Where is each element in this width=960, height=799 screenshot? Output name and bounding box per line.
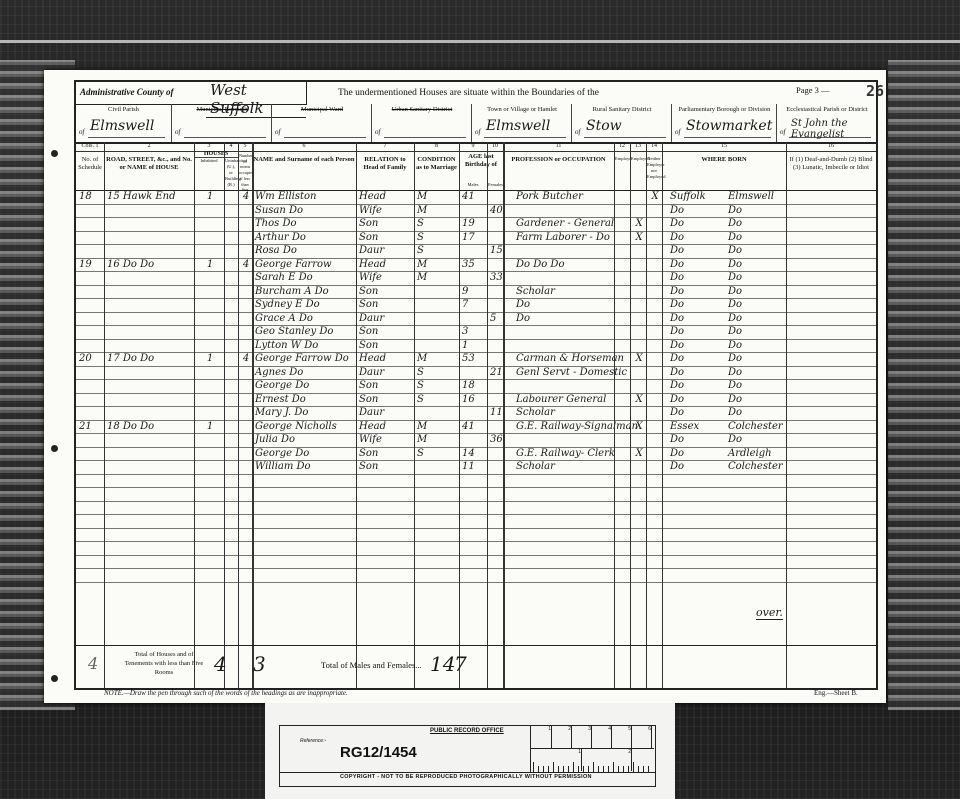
scale-tick [543, 766, 544, 772]
column-rule [194, 142, 195, 688]
divider [280, 772, 655, 773]
field-underline [88, 137, 165, 138]
boundary-field: Urban Sanitary Districtof [371, 104, 472, 142]
column-rule [238, 142, 239, 688]
boundary-field-value: Stow [586, 118, 622, 134]
boundary-field: Municipal Wardof [271, 104, 372, 142]
column-rule [414, 142, 415, 688]
measurement-scale: 12345612 [530, 726, 654, 772]
boundary-field: Civil ParishofElmswell [76, 104, 171, 142]
boundary-field-label: Parliamentary Borough or Division [672, 106, 777, 113]
footer-note: NOTE.—Draw the pen through such of the w… [104, 689, 348, 697]
scale-tick [538, 766, 539, 772]
of-prefix: of [575, 128, 580, 136]
column-rule [356, 142, 357, 688]
film-scratch-line [0, 40, 960, 43]
film-edge-right [888, 60, 960, 710]
boundary-field-label: Town or Village or Hamlet [472, 106, 572, 113]
column-rule [487, 142, 488, 688]
boundary-field-value: Stowmarket [686, 118, 772, 134]
females-total: 7 [454, 652, 467, 676]
scale-tick [533, 762, 534, 772]
scale-cm: 4 [591, 726, 612, 748]
boundary-field-value: Elmswell [90, 118, 154, 134]
boundary-field: Municipal Boroughof [171, 104, 272, 142]
punch-hole [51, 445, 58, 452]
scale-tick [598, 766, 599, 772]
scale-tick [568, 766, 569, 772]
scale-tick [643, 766, 644, 772]
field-underline [284, 137, 366, 138]
field-underline [584, 137, 666, 138]
scale-tick [608, 766, 609, 772]
census-page: Page 3 — 26 Administrative County of Wes… [44, 70, 886, 703]
of-prefix: of [780, 128, 785, 136]
tenements-total: 3 [253, 652, 266, 676]
boundary-field-label: Municipal Borough [172, 106, 272, 113]
reference-card: PUBLIC RECORD OFFICE Reference:- RG12/14… [265, 703, 675, 799]
boundary-field-label: Rural Sanitary District [572, 106, 672, 113]
scale-tick [623, 766, 624, 772]
persons-total-label: Total of Males and Females... [321, 660, 422, 670]
boundary-field-label: Urban Sanitary District [372, 106, 472, 113]
reference-number: RG12/1454 [340, 744, 417, 761]
scale-cm: 6 [631, 726, 652, 748]
scale-tick [628, 766, 629, 772]
totals-row: 4 Total of Houses and of Tenements with … [76, 645, 876, 686]
boundary-field-value: St John the Evangelist [791, 118, 877, 140]
field-underline [484, 137, 566, 138]
column-rule [459, 142, 460, 688]
of-prefix: of [675, 128, 680, 136]
reference-frame: PUBLIC RECORD OFFICE Reference:- RG12/14… [279, 725, 656, 787]
field-underline [184, 137, 266, 138]
scale-tick [588, 766, 589, 772]
census-sheet: Administrative County of West Suffolk Th… [74, 80, 878, 690]
scale-tick [553, 762, 554, 772]
scale-tick [648, 766, 649, 772]
scale-tick [563, 766, 564, 772]
schedules-tally: 4 [88, 654, 98, 673]
column-rule [662, 142, 663, 688]
boundary-field: Rural Sanitary DistrictofStow [571, 104, 672, 142]
over-note: over. [756, 606, 783, 620]
column-rule [224, 142, 225, 688]
punch-hole [51, 150, 58, 157]
scale-tick [573, 762, 574, 772]
of-prefix: of [275, 128, 280, 136]
boundary-field-value: Elmswell [486, 118, 550, 134]
of-prefix: of [79, 128, 84, 136]
boundary-field-label: Civil Parish [76, 106, 171, 113]
scale-tick [613, 762, 614, 772]
copyright-notice: COPYRIGHT - NOT TO BE REPRODUCED PHOTOGR… [340, 774, 592, 780]
scale-tick [638, 766, 639, 772]
intro-text: The undermentioned Houses are situate wi… [338, 88, 599, 98]
scale-tick [583, 766, 584, 772]
boundary-field-label: Municipal Ward [272, 106, 372, 113]
boundary-fields: Civil ParishofElmswellMunicipal Borougho… [76, 104, 876, 144]
boundary-field: Ecclesiastical Parish or DistrictofSt Jo… [776, 104, 877, 142]
of-prefix: of [475, 128, 480, 136]
males-total: 14 [430, 652, 455, 676]
column-rule [614, 142, 615, 688]
houses-total-label: Total of Houses and of Tenements with le… [124, 650, 204, 677]
admin-county-box: Administrative County of West Suffolk [76, 82, 307, 105]
scale-tick [603, 766, 604, 772]
public-record-office-label: PUBLIC RECORD OFFICE [430, 728, 504, 734]
column-rule [786, 142, 787, 688]
column-rule [503, 142, 505, 688]
column-rule [104, 142, 105, 688]
boundary-field: Parliamentary Borough or DivisionofStowm… [671, 104, 777, 142]
admin-county-label: Administrative County of [80, 87, 174, 97]
reference-label: Reference:- [300, 738, 326, 744]
scale-cm: 2 [551, 726, 572, 748]
scale-cm: 3 [571, 726, 592, 748]
column-rule [252, 142, 254, 688]
column-rule [646, 142, 647, 688]
scale-cm: 1 [531, 726, 552, 748]
boundary-field-label: Ecclesiastical Parish or District [777, 106, 877, 113]
field-underline [684, 137, 771, 138]
of-prefix: of [175, 128, 180, 136]
column-rule [630, 142, 631, 688]
boundary-field: Town or Village or HamletofElmswell [471, 104, 572, 142]
scale-tick [593, 762, 594, 772]
punch-hole [51, 675, 58, 682]
of-prefix: of [375, 128, 380, 136]
scale-tick [618, 766, 619, 772]
scale-cm: 5 [611, 726, 632, 748]
scale-tick [578, 766, 579, 772]
scale-tick [633, 762, 634, 772]
field-underline [384, 137, 466, 138]
houses-total: 4 [214, 652, 227, 676]
sheet-code: Eng.—Sheet B. [814, 689, 858, 697]
scale-tick [548, 766, 549, 772]
scale-tick [558, 766, 559, 772]
